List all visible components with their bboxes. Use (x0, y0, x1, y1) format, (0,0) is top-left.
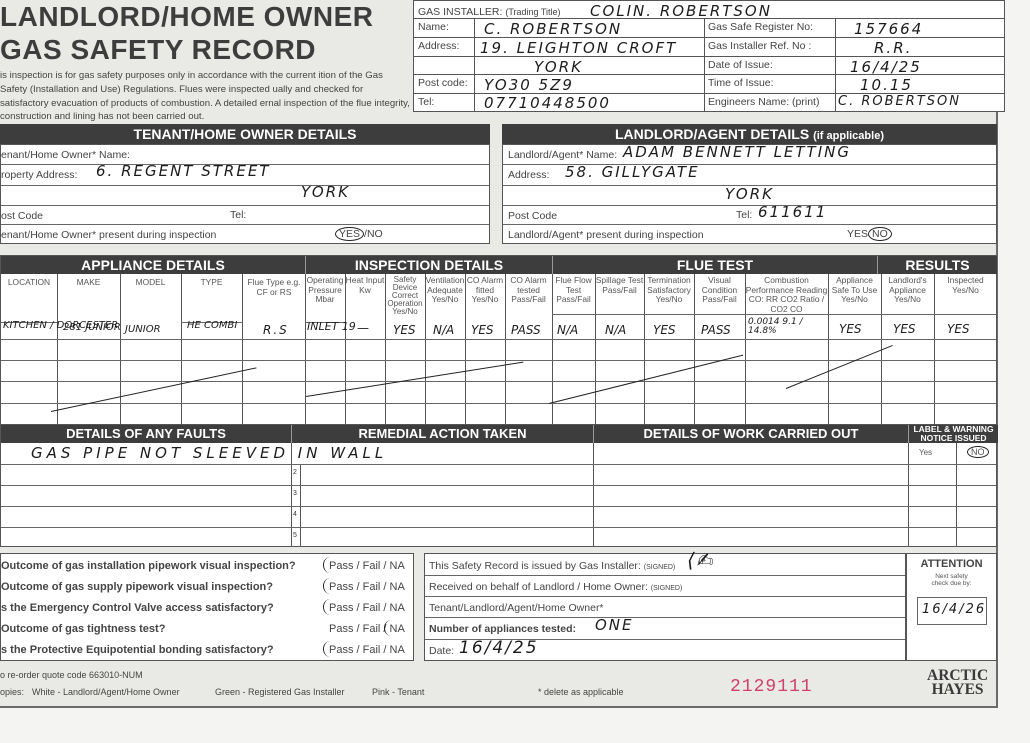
tenant-name-label: enant/Home Owner* Name: (1, 149, 130, 161)
work-heading: DETAILS OF WORK CARRIED OUT (593, 425, 908, 443)
strike-stroke (306, 362, 523, 397)
tenant-present-yes[interactable]: YES (335, 227, 364, 241)
cell-operating-pressure[interactable]: INLET 19 (307, 320, 356, 333)
installer-signature[interactable]: ⟨✍ (687, 548, 716, 572)
row-number-4: 4 (293, 511, 297, 518)
due-date-box[interactable]: 16/4/26 (917, 597, 987, 625)
strike-stroke (549, 355, 743, 404)
tenant-box: enant/Home Owner* Name: roperty Address:… (0, 144, 490, 244)
section-inspection-details: INSPECTION DETAILS (305, 256, 552, 274)
tenant-present-no[interactable]: NO (367, 228, 383, 240)
serial-number: 2129111 (730, 677, 813, 697)
arctic-hayes-logo: ARCTIC HAYES (927, 669, 988, 697)
tenant-present-label: enant/Home Owner* present during inspect… (1, 229, 216, 241)
engineer-label: Engineers Name: (print) (708, 96, 819, 108)
pass-mark (323, 641, 337, 657)
landlord-box: Landlord/Agent* Name: ADAM BENNETT LETTI… (502, 144, 997, 244)
register-label: Gas Safe Register No: (708, 21, 813, 33)
cell-make[interactable]: 281 JUNIOR (63, 322, 121, 333)
signoff-box: This Safety Record is issued by Gas Inst… (424, 553, 906, 661)
check-question: Outcome of gas installation pipework vis… (1, 560, 296, 572)
cell-inspected[interactable]: YES (947, 322, 970, 336)
address-line-1[interactable]: 19. LEIGHTON CROFT (480, 39, 677, 57)
name-value[interactable]: C. ROBERTSON (484, 20, 622, 38)
trading-title-value[interactable]: COLIN. ROBERTSON (590, 2, 772, 20)
landlord-tel-label: Tel: (736, 209, 752, 221)
copies-label: opies: (0, 687, 24, 697)
col-co-alarm-fitted: CO Alarm fitted Yes/No (465, 276, 505, 305)
check-options[interactable]: Pass / Fail / NA (329, 602, 405, 614)
cell-ventilation[interactable]: N/A (433, 323, 454, 337)
intro-text: is inspection is for gas safety purposes… (0, 69, 410, 124)
landlord-present-label: Landlord/Agent* present during inspectio… (508, 229, 704, 241)
landlord-address-line-2[interactable]: YORK (725, 185, 774, 203)
col-co-alarm-tested: CO Alarm tested Pass/Fail (505, 276, 552, 305)
col-ventilation: Ventilation Adequate Yes/No (425, 276, 465, 305)
col-heat-input: Heat Input Kw (345, 276, 385, 295)
tel-value[interactable]: 07710448500 (484, 94, 611, 112)
faults-heading: DETAILS OF ANY FAULTS (1, 425, 291, 443)
pass-mark (323, 557, 337, 573)
date-label: Date of Issue: (708, 59, 773, 71)
gas-installer-box: GAS INSTALLER: (Trading Title) COLIN. RO… (413, 0, 1005, 112)
col-combustion: Combustion Performance Reading CO: RR CO… (745, 276, 828, 314)
landlord-name-value[interactable]: ADAM BENNETT LETTING (623, 143, 851, 161)
col-location: LOCATION (1, 278, 57, 288)
cell-model[interactable]: JUNIOR (125, 324, 161, 335)
row-number-5: 5 (293, 532, 297, 539)
check-options[interactable]: Pass / Fail / NA (329, 560, 405, 572)
pass-mark (323, 578, 337, 594)
tel-label: Tel: (418, 96, 434, 108)
col-safety-device: Safety Device Correct Operation Yes/No (385, 276, 425, 316)
landlord-present-toggle[interactable]: YESNO (847, 228, 892, 240)
attention-box: ATTENTION Next safety check due by: 16/4… (906, 553, 997, 661)
cell-co-alarm-tested[interactable]: PASS (511, 323, 541, 337)
tenant-address-label: roperty Address: (1, 169, 77, 181)
tenant-address-line-1[interactable]: 6. REGENT STREET (96, 162, 270, 180)
landlord-heading-text: LANDLORD/AGENT DETAILS (615, 126, 809, 142)
cell-type[interactable]: HE COMBI (187, 320, 237, 331)
col-visual-condition: Visual Condition Pass/Fail (694, 276, 745, 305)
tel-row: Tel: 07710448500 Engineers Name: (print)… (414, 94, 1004, 112)
cell-visual-condition[interactable]: PASS (701, 323, 731, 337)
check-question: Outcome of gas tightness test? (1, 623, 165, 635)
notice-yes[interactable]: Yes (919, 448, 932, 457)
cell-landlords-appliance[interactable]: YES (893, 322, 916, 336)
check-question: Outcome of gas supply pipework visual in… (1, 581, 273, 593)
col-spillage: Spillage Test Pass/Fail (595, 276, 644, 295)
landlord-heading-sub: (if applicable) (813, 130, 884, 142)
address-label: Address: (418, 40, 459, 52)
landlord-tel-value[interactable]: 611611 (758, 203, 827, 221)
faults-table: DETAILS OF ANY FAULTS REMEDIAL ACTION TA… (0, 424, 997, 547)
ref-value[interactable]: R.R. (874, 39, 912, 57)
tenant-tel-label: Tel: (230, 209, 246, 221)
col-type: TYPE (181, 278, 242, 288)
title-line-1: LANDLORD/HOME OWNER (0, 0, 373, 33)
copy-pink: Pink - Tenant (372, 687, 424, 697)
cell-safety-device[interactable]: YES (393, 323, 416, 337)
date-value[interactable]: 16/4/25 (850, 58, 922, 76)
attention-title: ATTENTION (907, 558, 996, 570)
received-label: Received on behalf of Landlord / Home Ow… (429, 581, 682, 593)
landlord-heading: LANDLORD/AGENT DETAILS (if applicable) (502, 124, 997, 144)
col-make: MAKE (57, 278, 120, 288)
postcode-label: Post code: (418, 77, 468, 89)
postcode-row: Post code: YO30 5Z9 Time of Issue: 10.15 (414, 75, 1004, 94)
reorder-code: o re-order quote code 663010-NUM (0, 670, 143, 680)
cell-safe-to-use[interactable]: YES (839, 322, 862, 336)
page-title: LANDLORD/HOME OWNER GAS SAFETY RECORD (0, 0, 373, 66)
address-line-2[interactable]: YORK (534, 58, 583, 76)
address-row-2: YORK Date of Issue: 16/4/25 (414, 57, 1004, 75)
check-options[interactable]: Pass / Fail / NA (329, 644, 405, 656)
strike-stroke (51, 367, 257, 412)
tenant-heading: TENANT/HOME OWNER DETAILS (0, 124, 490, 144)
name-row: Name: C. ROBERTSON Gas Safe Register No:… (414, 19, 1004, 38)
cell-co-alarm-fitted[interactable]: YES (471, 323, 494, 337)
title-line-2: GAS SAFETY RECORD (0, 33, 373, 66)
notice-heading: LABEL & WARNING NOTICE ISSUED (908, 425, 998, 443)
cell-flue-flow[interactable]: N/A (557, 323, 578, 337)
attention-sub: Next safety check due by: (927, 573, 976, 587)
appliances-label: Number of appliances tested: (429, 623, 576, 635)
section-appliance-details: APPLIANCE DETAILS (1, 256, 305, 274)
logo-line-2: HAYES (927, 683, 988, 697)
postcode-value[interactable]: YO30 5Z9 (484, 76, 574, 94)
tenant-postcode-label: ost Code (1, 210, 43, 222)
check-question: s the Protective Equipotential bonding s… (1, 644, 274, 656)
cell-spillage[interactable]: N/A (605, 323, 626, 337)
section-flue-test: FLUE TEST (552, 256, 877, 274)
register-value[interactable]: 157664 (854, 20, 923, 38)
col-landlords-appliance: Landlord's Appliance Yes/No (881, 276, 934, 305)
copy-green: Green - Registered Gas Installer (215, 687, 345, 697)
name-label: Name: (418, 21, 449, 33)
check-question: s the Emergency Control Valve access sat… (1, 602, 274, 614)
engineer-value[interactable]: C. ROBERTSON (838, 94, 961, 109)
landlord-address-label: Address: (508, 169, 549, 181)
landlord-present-yes[interactable]: YES (847, 228, 868, 240)
cell-termination[interactable]: YES (653, 323, 676, 337)
col-flue-flow: Flue Flow Test Pass/Fail (552, 276, 595, 305)
col-safe-to-use: Appliance Safe To Use Yes/No (828, 276, 881, 305)
notice-no[interactable]: NO (967, 446, 989, 458)
gas-safety-record-form: LANDLORD/HOME OWNER GAS SAFETY RECORD is… (0, 0, 998, 708)
appliance-table: APPLIANCE DETAILS INSPECTION DETAILS FLU… (0, 255, 997, 426)
cell-heat-input[interactable]: — (357, 321, 371, 335)
signoff-date-value[interactable]: 16/4/25 (459, 638, 539, 658)
col-termination: Termination Satisfactory Yes/No (644, 276, 694, 305)
tenant-present-toggle[interactable]: YES/NO (335, 228, 383, 240)
row-number-2: 2 (293, 469, 297, 476)
na-mark (384, 620, 398, 636)
landlord-name-label: Landlord/Agent* Name: (508, 149, 617, 161)
copy-white: White - Landlord/Agent/Home Owner (32, 687, 180, 697)
ref-label: Gas Installer Ref. No : (708, 40, 811, 52)
fault-entry[interactable]: GAS PIPE NOT SLEEVED IN WALL (31, 444, 387, 462)
col-inspected: Inspected Yes/No (934, 276, 997, 295)
time-label: Time of Issue: (708, 77, 774, 89)
row-number-3: 3 (293, 490, 297, 497)
tenant-address-line-2[interactable]: YORK (301, 183, 350, 201)
remedial-heading: REMEDIAL ACTION TAKEN (291, 425, 593, 443)
section-results: RESULTS (877, 256, 997, 274)
trading-title-row: GAS INSTALLER: (Trading Title) COLIN. RO… (414, 1, 1004, 19)
checks-box: Outcome of gas installation pipework vis… (0, 553, 414, 661)
landlord-address-line-1[interactable]: 58. GILLYGATE (565, 163, 700, 181)
col-flue-type: Flue Type e.g. CF or RS (245, 278, 303, 297)
col-operating-pressure: Operating Pressure Mbar (305, 276, 345, 305)
trading-title-label: GAS INSTALLER: (Trading Title) (418, 6, 561, 18)
landlord-present-no[interactable]: NO (868, 227, 892, 241)
signoff-date-label: Date: (429, 645, 454, 657)
cell-combustion[interactable]: 0.0014 9.1 / 14.8% (748, 318, 828, 336)
col-model: MODEL (120, 278, 181, 288)
check-options[interactable]: Pass / Fail / NA (329, 581, 405, 593)
appliances-value[interactable]: ONE (595, 616, 634, 634)
issued-label: This Safety Record is issued by Gas Inst… (429, 560, 675, 572)
role-label: Tenant/Landlord/Agent/Home Owner* (429, 602, 604, 614)
delete-note: * delete as applicable (538, 687, 624, 697)
landlord-postcode-label: Post Code (508, 210, 557, 222)
strike-stroke (786, 345, 893, 389)
due-date-value[interactable]: 16/4/26 (922, 602, 986, 617)
address-row: Address: 19. LEIGHTON CROFT Gas Installe… (414, 38, 1004, 57)
cell-flue-type[interactable]: R.S (263, 323, 289, 337)
pass-mark (323, 599, 337, 615)
time-value[interactable]: 10.15 (860, 76, 913, 94)
